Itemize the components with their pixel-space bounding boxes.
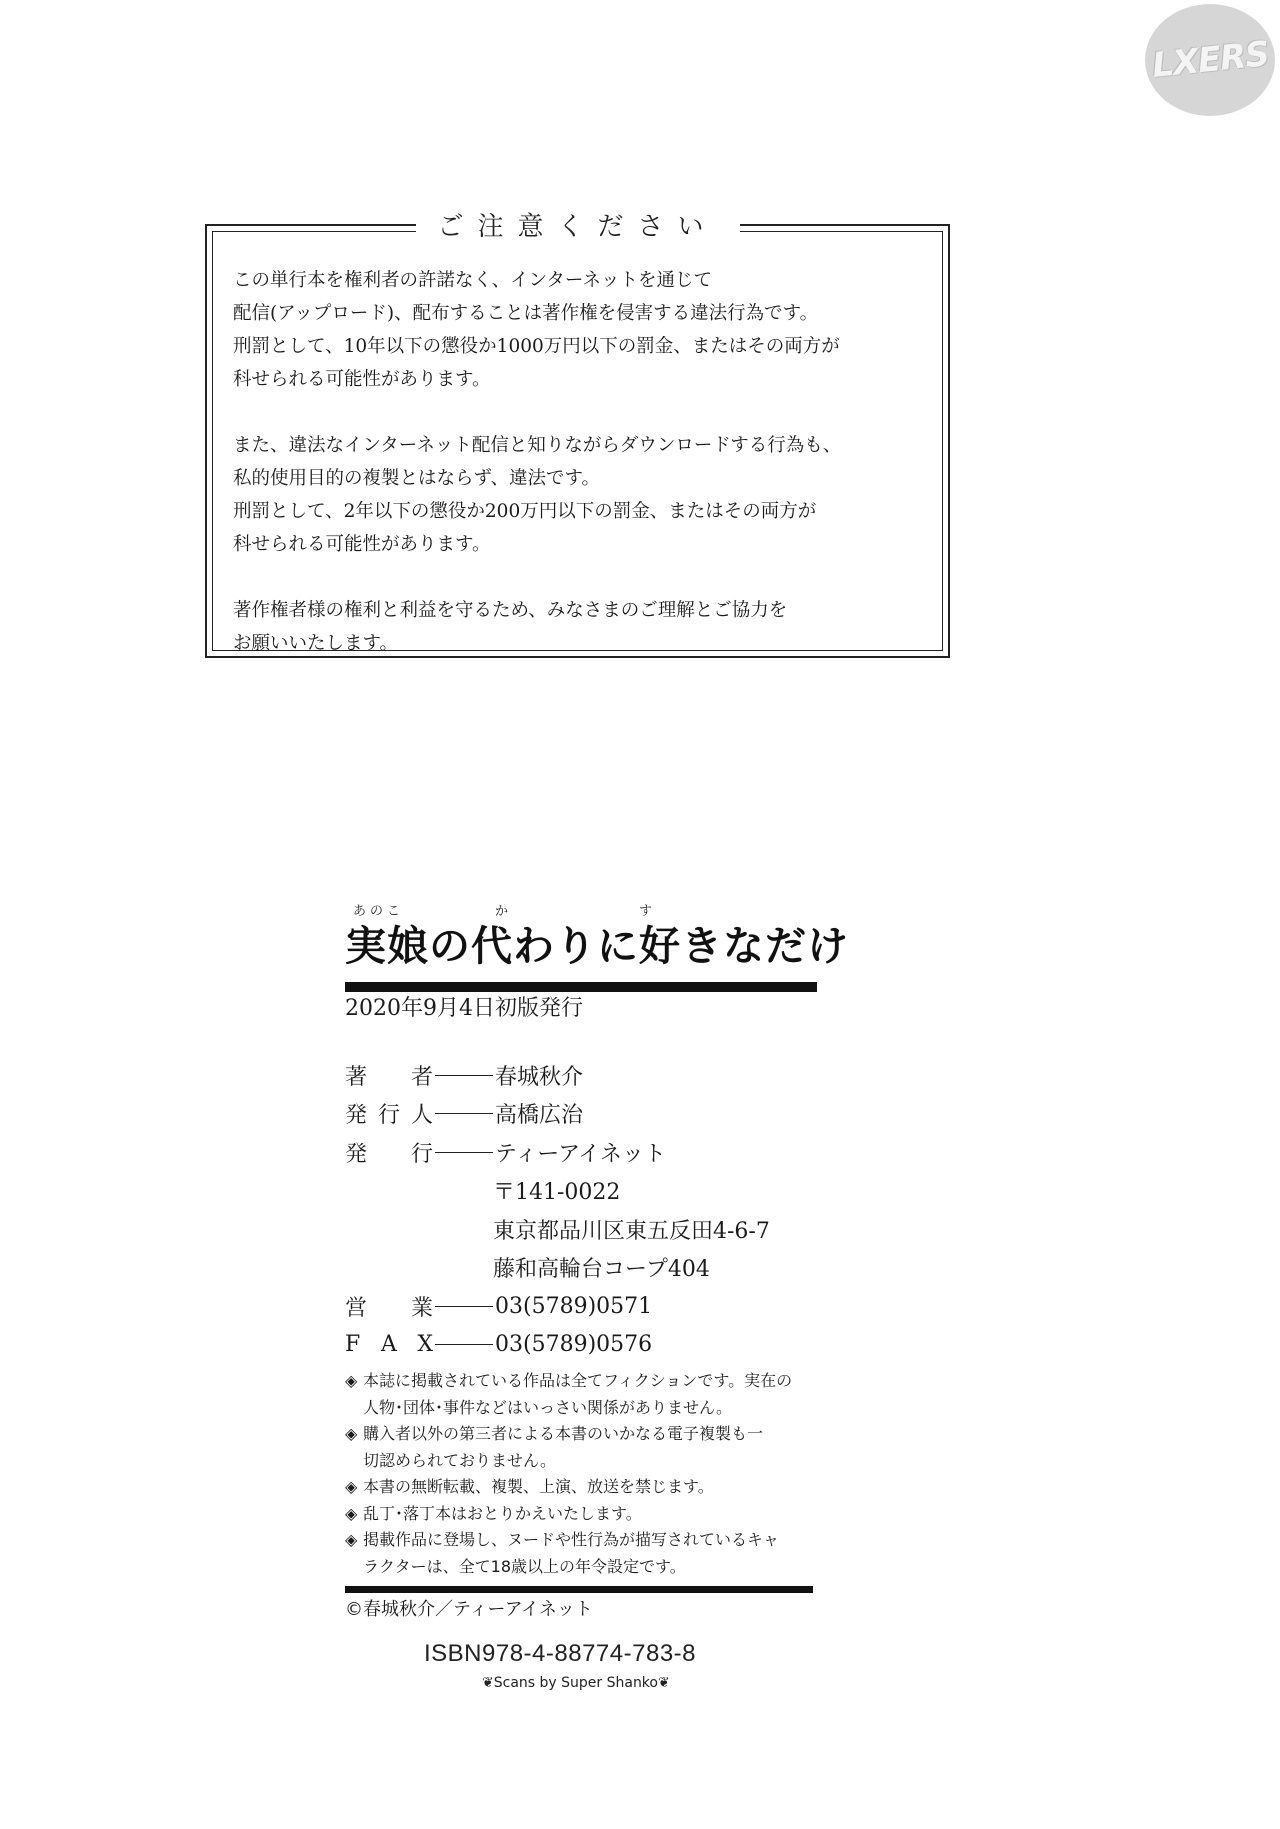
notice-body: この単行本を権利者の許諾なく、インターネットを通じて 配信(アップロード)、配布… [233,264,938,693]
notice-line: 著作権者様の権利と利益を守るため、みなさまのご理解とご協力を [233,594,938,627]
notice-line: また、違法なインターネット配信と知りながらダウンロードする行為も、 [233,429,938,462]
disclaimer-item: ◈ 購入者以外の第三者による本書のいかなる電子複製も一 切認められておりません。 [345,1421,817,1474]
notice-paragraph: 著作権者様の権利と利益を守るため、みなさまのご理解とご協力を お願いいたします。 [233,594,938,660]
dash-divider [435,1306,493,1307]
credit-publisher: 発 行 ティーアイネット [345,1133,817,1172]
disclaimer-item: ◈ 本誌に掲載されている作品は全てフィクションです。実在の 人物･団体･事件など… [345,1368,817,1421]
dash-divider [435,1344,493,1345]
credit-label: 営 業 [345,1291,433,1322]
scan-credit: ❦Scans by Super Shanko❦ [482,1675,670,1691]
notice-line: お願いいたします。 [233,627,938,660]
disclaimer-item: ◈ 乱丁･落丁本はおとりかえいたします。 [345,1501,817,1528]
ruby-anoko: あのこ [353,900,404,919]
colophon: あのこ か す 実娘の代わりに好きなだけ 2020年9月4日初版発行 著 者 春… [345,900,817,1625]
footer-rule [345,1586,813,1593]
fax-number: 03(5789)0576 [495,1332,652,1357]
diamond-bullet-icon: ◈ [345,1501,363,1528]
notice-paragraph: また、違法なインターネット配信と知りながらダウンロードする行為も、 私的使用目的… [233,429,938,561]
isbn: ISBN978-4-88774-783-8 [424,1640,696,1668]
edition-date: 2020年9月4日初版発行 [345,992,817,1026]
diamond-bullet-icon: ◈ [345,1527,363,1580]
credit-label: F A X [345,1332,433,1357]
notice-line: 刑罰として、2年以下の懲役か200万円以下の罰金、またはその両方が [233,495,938,528]
notice-line: 刑罰として、10年以下の懲役か1000万円以下の罰金、またはその両方が [233,330,938,363]
copyright-notice-box: ご注意ください この単行本を権利者の許諾なく、インターネットを通じて 配信(アッ… [205,224,950,658]
phone-number: 03(5789)0571 [495,1294,652,1319]
ruby-ka: か [495,900,508,919]
disclaimer-item: ◈ 本書の無断転載、複製、上演、放送を禁じます。 [345,1474,817,1501]
credit-value: 高橋広治 [495,1098,583,1129]
credit-label: 発 行 [345,1137,433,1168]
notice-line: 私的使用目的の複製とはならず、違法です。 [233,462,938,495]
notice-line: この単行本を権利者の許諾なく、インターネットを通じて [233,264,938,297]
notice-line: 科せられる可能性があります。 [233,363,938,396]
address-line2: 藤和高輪台コープ404 [345,1249,817,1288]
address-postal: 〒141-0022 [345,1172,817,1211]
notice-title: ご注意ください [415,206,739,243]
address-line1: 東京都品川区東五反田4-6-7 [345,1210,817,1249]
copyright-line: ©春城秋介／ティーアイネット [345,1595,817,1625]
disclaimers: ◈ 本誌に掲載されている作品は全てフィクションです。実在の 人物･団体･事件など… [345,1368,817,1580]
contact-sales: 営 業 03(5789)0571 [345,1287,817,1326]
credit-label: 著 者 [345,1060,433,1091]
dash-divider [435,1113,493,1114]
watermark-logo: LXERS [1145,4,1275,116]
ruby-su: す [639,900,652,919]
contact-fax: F A X 03(5789)0576 [345,1326,817,1365]
book-title: 実娘の代わりに好きなだけ [345,922,817,970]
diamond-bullet-icon: ◈ [345,1474,363,1501]
dash-divider [435,1075,493,1076]
credit-publisher-person: 発 行 人 高橋広治 [345,1095,817,1134]
dash-divider [435,1152,493,1153]
diamond-bullet-icon: ◈ [345,1368,363,1421]
disclaimer-item: ◈ 掲載作品に登場し、ヌードや性行為が描写されているキャ ラクターは、全て18歳… [345,1527,817,1580]
credit-value: 春城秋介 [495,1060,583,1091]
title-rule [345,982,817,992]
credit-author: 著 者 春城秋介 [345,1056,817,1095]
credit-value: ティーアイネット [495,1137,666,1168]
notice-line: 配信(アップロード)、配布することは著作権を侵害する違法行為です。 [233,297,938,330]
credits: 著 者 春城秋介 発 行 人 高橋広治 発 行 ティーアイネット 〒141-00… [345,1056,817,1364]
title-ruby: あのこ か す [345,900,817,922]
watermark-text: LXERS [1150,34,1270,86]
credit-label: 発 行 人 [345,1098,433,1129]
diamond-bullet-icon: ◈ [345,1421,363,1474]
notice-paragraph: この単行本を権利者の許諾なく、インターネットを通じて 配信(アップロード)、配布… [233,264,938,396]
notice-line: 科せられる可能性があります。 [233,528,938,561]
